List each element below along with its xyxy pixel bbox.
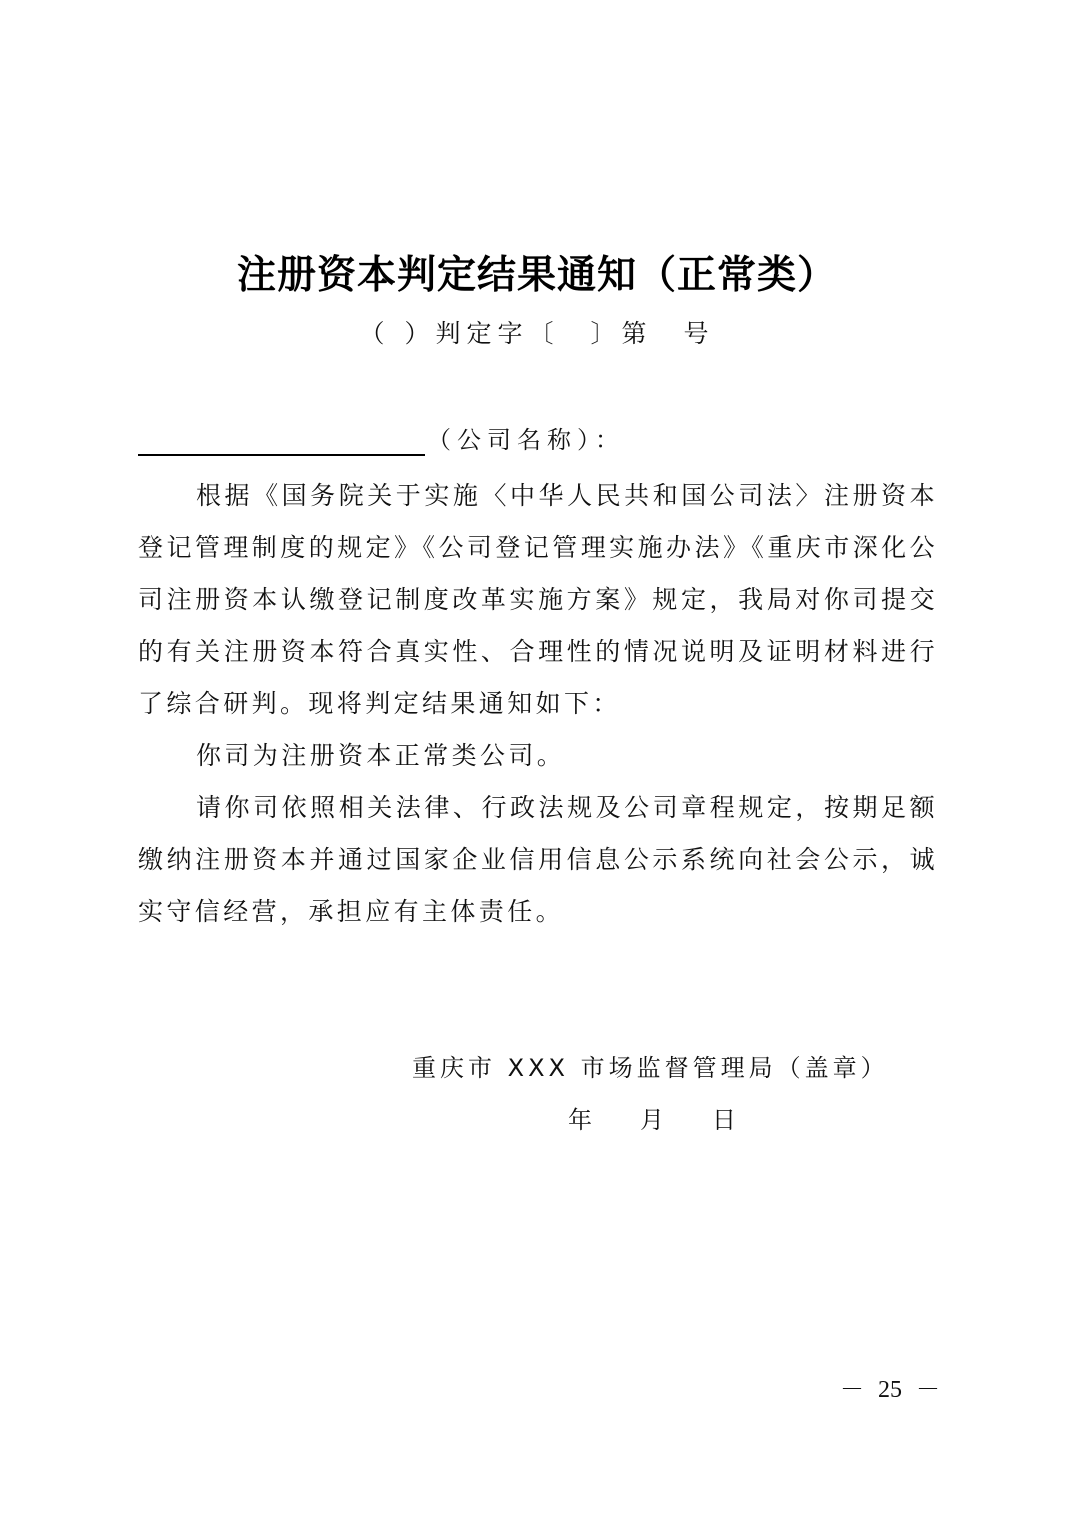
document-number: （ ）判定字〔 〕第 号: [0, 314, 1074, 354]
company-name-blank: [138, 420, 425, 456]
page-number: － 25 －: [840, 1372, 940, 1408]
paragraph-result: 你司为注册资本正常类公司。: [138, 730, 938, 782]
page-number-value: 25: [878, 1372, 902, 1408]
document-title: 注册资本判定结果通知（正常类）: [0, 248, 1074, 302]
salutation: （公司名称）：: [138, 420, 625, 460]
date-month: 月: [640, 1100, 664, 1140]
document-page: 注册资本判定结果通知（正常类） （ ）判定字〔 〕第 号 （公司名称）： 根据《…: [0, 0, 1074, 1520]
page-dash-right: －: [916, 1372, 940, 1408]
date-day: 日: [712, 1100, 736, 1140]
paragraph-instructions: 请你司依照相关法律、行政法规及公司章程规定，按期足额缴纳注册资本并通过国家企业信…: [138, 782, 938, 938]
page-dash-left: －: [840, 1372, 864, 1408]
issue-date: 年 月 日: [568, 1100, 736, 1140]
date-year: 年: [568, 1100, 592, 1140]
document-body: 根据《国务院关于实施〈中华人民共和国公司法〉注册资本登记管理制度的规定》《公司登…: [138, 470, 938, 938]
salutation-label: （公司名称）：: [427, 420, 625, 460]
paragraph-basis: 根据《国务院关于实施〈中华人民共和国公司法〉注册资本登记管理制度的规定》《公司登…: [138, 470, 938, 730]
issuer-signature: 重庆市 XXX 市场监督管理局（盖章）: [412, 1048, 889, 1088]
